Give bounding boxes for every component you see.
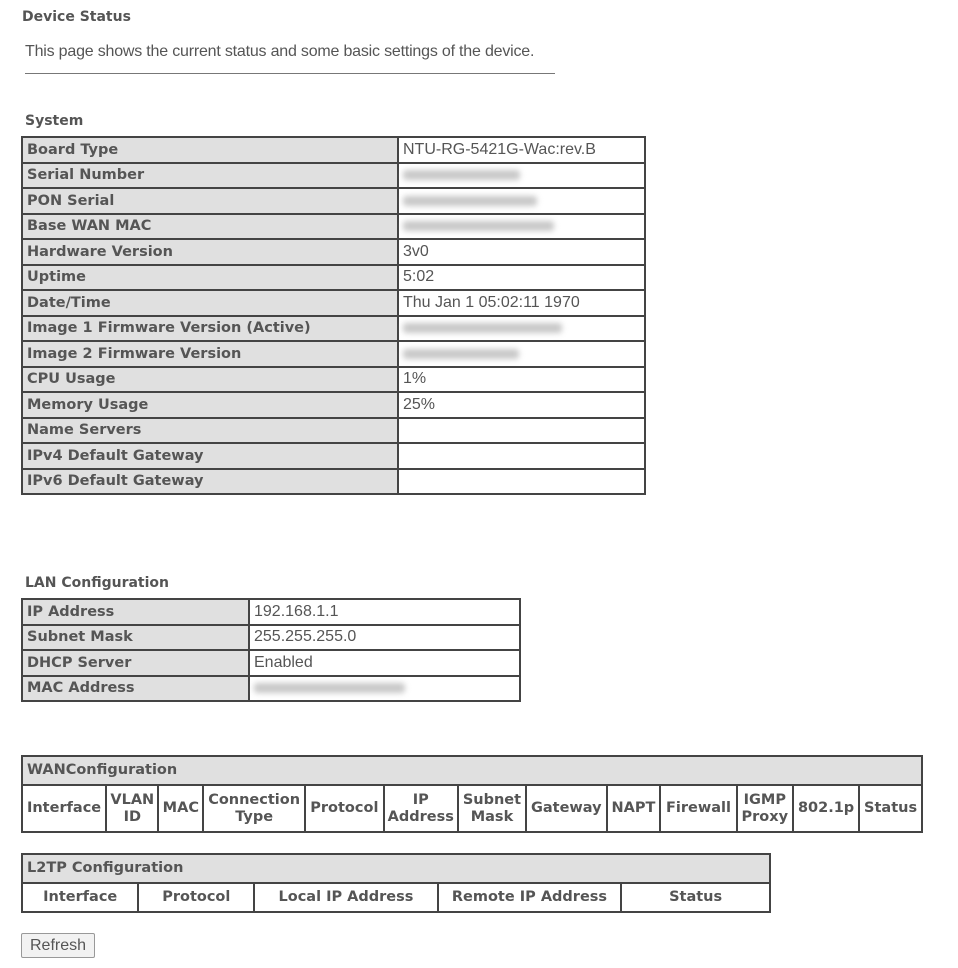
system-row-label: Serial Number [22, 163, 398, 189]
system-row-value [398, 214, 645, 240]
redacted-value [403, 170, 520, 180]
system-row-label: Image 1 Firmware Version (Active) [22, 316, 398, 342]
wan-column-header: VLAN ID [106, 785, 158, 832]
l2tp-table-title: L2TP Configuration [22, 854, 770, 883]
redacted-value [403, 221, 554, 231]
system-row-value: 3v0 [398, 239, 645, 265]
redacted-value [403, 323, 562, 333]
redacted-value [403, 196, 537, 206]
lan-row-label: Subnet Mask [22, 625, 249, 651]
wan-column-header: Status [859, 785, 922, 832]
system-row-value [398, 163, 645, 189]
system-row: Date/TimeThu Jan 1 05:02:11 1970 [22, 290, 645, 316]
system-row: Board TypeNTU-RG-5421G-Wac:rev.B [22, 137, 645, 163]
system-row: IPv6 Default Gateway [22, 469, 645, 495]
system-row-value [398, 469, 645, 495]
wan-column-header: MAC [158, 785, 203, 832]
system-row-value: NTU-RG-5421G-Wac:rev.B [398, 137, 645, 163]
system-row: Uptime5:02 [22, 265, 645, 291]
lan-row-value: 255.255.255.0 [249, 625, 520, 651]
system-row-label: Hardware Version [22, 239, 398, 265]
redacted-value [403, 349, 519, 359]
wan-column-header: IP Address [384, 785, 458, 832]
refresh-button[interactable]: Refresh [21, 933, 95, 958]
l2tp-column-header: Interface [22, 883, 138, 912]
system-row-label: Image 2 Firmware Version [22, 341, 398, 367]
wan-column-header: Subnet Mask [458, 785, 526, 832]
lan-row: MAC Address [22, 676, 520, 702]
wan-config-table: WANConfiguration InterfaceVLAN IDMACConn… [21, 755, 923, 833]
lan-row-value: 192.168.1.1 [249, 599, 520, 625]
system-row-label: PON Serial [22, 188, 398, 214]
system-row-label: IPv4 Default Gateway [22, 443, 398, 469]
lan-row-label: DHCP Server [22, 650, 249, 676]
wan-column-header: Gateway [526, 785, 606, 832]
system-row-value [398, 316, 645, 342]
system-row: Serial Number [22, 163, 645, 189]
lan-row: IP Address192.168.1.1 [22, 599, 520, 625]
lan-row: Subnet Mask255.255.255.0 [22, 625, 520, 651]
lan-row-value [249, 676, 520, 702]
system-row-value: 25% [398, 392, 645, 418]
system-row-value: 1% [398, 367, 645, 393]
lan-row: DHCP ServerEnabled [22, 650, 520, 676]
l2tp-column-header: Protocol [138, 883, 254, 912]
system-row-value [398, 418, 645, 444]
system-row-value [398, 188, 645, 214]
lan-config-table: IP Address192.168.1.1Subnet Mask255.255.… [21, 598, 521, 702]
l2tp-column-header: Status [621, 883, 770, 912]
system-row: Memory Usage25% [22, 392, 645, 418]
system-row-value: 5:02 [398, 265, 645, 291]
system-row-label: CPU Usage [22, 367, 398, 393]
page-description: This page shows the current status and s… [25, 43, 555, 74]
wan-column-header: Firewall [660, 785, 736, 832]
system-row: CPU Usage1% [22, 367, 645, 393]
system-row: Image 2 Firmware Version [22, 341, 645, 367]
system-row-value: Thu Jan 1 05:02:11 1970 [398, 290, 645, 316]
l2tp-column-header: Remote IP Address [438, 883, 622, 912]
system-row-label: Board Type [22, 137, 398, 163]
system-row-label: Memory Usage [22, 392, 398, 418]
system-row-label: Date/Time [22, 290, 398, 316]
wan-column-header: 802.1p [793, 785, 859, 832]
system-row: Base WAN MAC [22, 214, 645, 240]
l2tp-column-header: Local IP Address [254, 883, 438, 912]
lan-row-label: IP Address [22, 599, 249, 625]
system-row-label: Base WAN MAC [22, 214, 398, 240]
system-row: IPv4 Default Gateway [22, 443, 645, 469]
system-row: PON Serial [22, 188, 645, 214]
system-row-label: Name Servers [22, 418, 398, 444]
wan-column-header: Protocol [305, 785, 384, 832]
lan-section-title: LAN Configuration [25, 575, 169, 591]
redacted-value [254, 683, 405, 693]
system-row-label: Uptime [22, 265, 398, 291]
lan-row-label: MAC Address [22, 676, 249, 702]
system-row: Name Servers [22, 418, 645, 444]
system-section-title: System [25, 113, 83, 129]
wan-column-header: IGMP Proxy [737, 785, 793, 832]
wan-table-title: WANConfiguration [22, 756, 922, 785]
system-row: Image 1 Firmware Version (Active) [22, 316, 645, 342]
lan-row-value: Enabled [249, 650, 520, 676]
system-row-value [398, 443, 645, 469]
page-title: Device Status [22, 9, 131, 25]
wan-column-header: Interface [22, 785, 106, 832]
wan-column-header: NAPT [607, 785, 661, 832]
system-row-label: IPv6 Default Gateway [22, 469, 398, 495]
system-table: Board TypeNTU-RG-5421G-Wac:rev.BSerial N… [21, 136, 646, 495]
system-row: Hardware Version3v0 [22, 239, 645, 265]
l2tp-config-table: L2TP Configuration InterfaceProtocolLoca… [21, 853, 771, 913]
wan-column-header: Connection Type [203, 785, 305, 832]
system-row-value [398, 341, 645, 367]
